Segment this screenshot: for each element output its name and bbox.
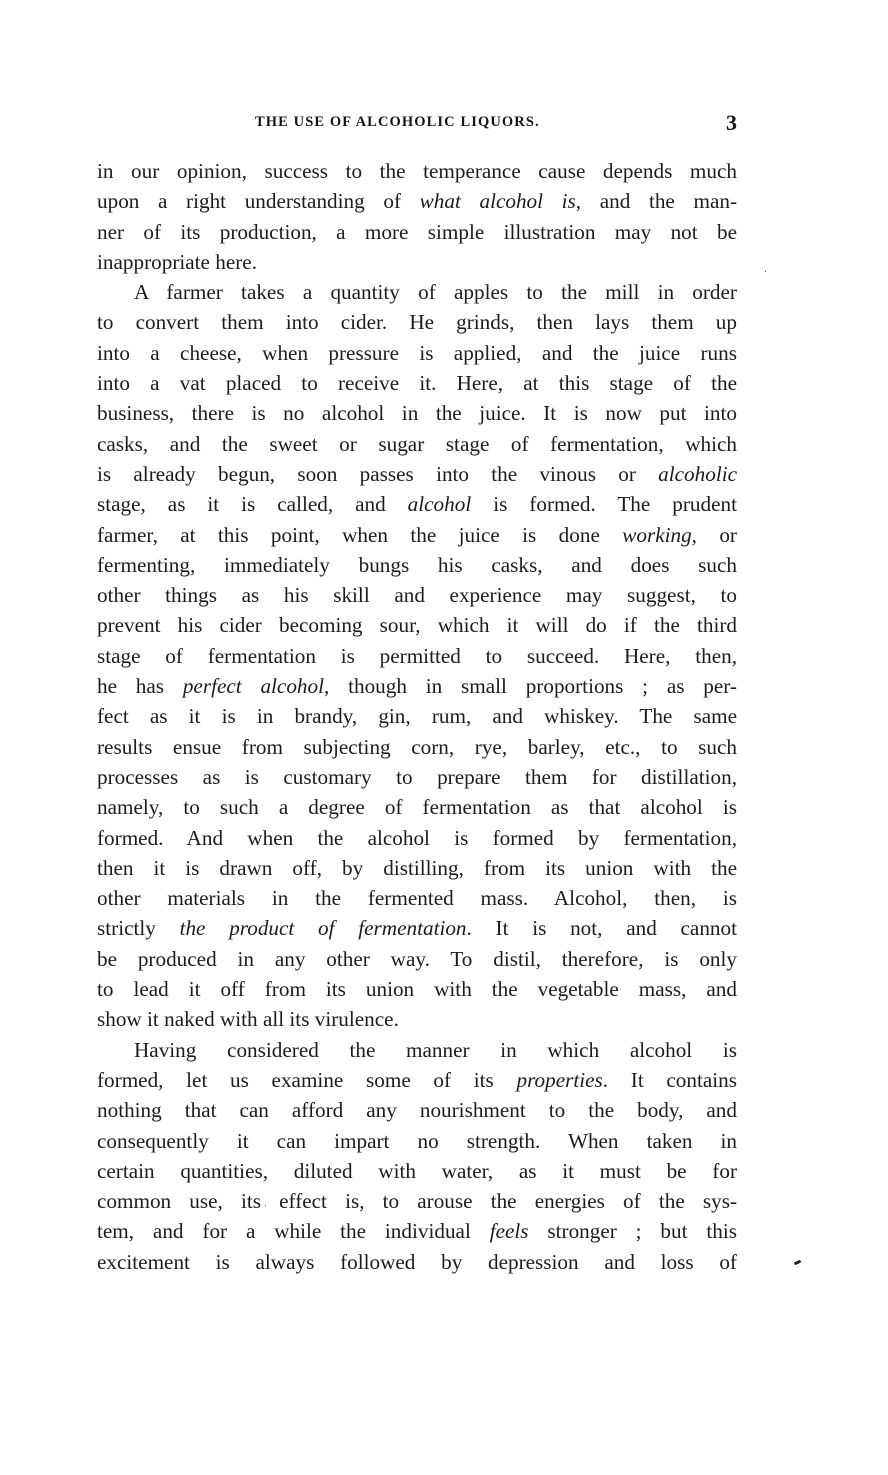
text-segment: stage, as it is called, and bbox=[97, 492, 408, 516]
text-segment: prevent his cider becoming sour, which i… bbox=[97, 613, 737, 637]
text-line: certain quantities, diluted with water, … bbox=[97, 1156, 737, 1186]
text-segment: other things as his skill and experience… bbox=[97, 583, 737, 607]
italic-phrase: feels bbox=[490, 1219, 529, 1243]
text-segment: is already begun, soon passes into the v… bbox=[97, 462, 658, 486]
running-title: THE USE OF ALCOHOLIC LIQUORS. bbox=[255, 114, 540, 131]
body-text: in our opinion, success to the temperanc… bbox=[97, 156, 737, 1277]
paragraph: Having considered the manner in which al… bbox=[97, 1035, 737, 1277]
text-segment: to convert them into cider. He grinds, t… bbox=[97, 310, 737, 334]
book-page: THE USE OF ALCOHOLIC LIQUORS. 3 in our o… bbox=[0, 0, 888, 1475]
text-segment: other materials in the fermented mass. A… bbox=[97, 886, 737, 910]
text-line: business, there is no alcohol in the jui… bbox=[97, 398, 737, 428]
text-segment: is formed. The prudent bbox=[471, 492, 737, 516]
text-segment: stronger ; but this bbox=[529, 1219, 737, 1243]
text-line: farmer, at this point, when the juice is… bbox=[97, 520, 737, 550]
text-line: be produced in any other way. To distil,… bbox=[97, 944, 737, 974]
text-segment: stage of fermentation is permitted to su… bbox=[97, 644, 737, 668]
text-segment: common use, its effect is, to arouse the… bbox=[97, 1189, 737, 1213]
text-segment: excitement is always followed by depress… bbox=[97, 1250, 737, 1274]
paragraph: A farmer takes a quantity of apples to t… bbox=[97, 277, 737, 1034]
text-segment: fermenting, immediately bungs his casks,… bbox=[97, 553, 737, 577]
text-segment: he has bbox=[97, 674, 183, 698]
text-segment: nothing that can afford any nourishment … bbox=[97, 1098, 737, 1122]
text-segment: to lead it off from its union with the v… bbox=[97, 977, 737, 1001]
text-line: common use, its effect is, to arouse the… bbox=[97, 1186, 737, 1216]
text-segment: . It is not, and cannot bbox=[467, 916, 737, 940]
text-line: processes as is customary to prepare the… bbox=[97, 762, 737, 792]
text-line: into a vat placed to receive it. Here, a… bbox=[97, 368, 737, 398]
text-line: formed. And when the alcohol is formed b… bbox=[97, 823, 737, 853]
text-segment: farmer, at this point, when the juice is… bbox=[97, 523, 622, 547]
text-line: casks, and the sweet or sugar stage of f… bbox=[97, 429, 737, 459]
text-segment: fect as it is in brandy, gin, rum, and w… bbox=[97, 704, 737, 728]
text-segment: formed, let us examine some of its bbox=[97, 1068, 516, 1092]
italic-phrase: alcohol bbox=[408, 492, 472, 516]
text-line: show it naked with all its virulence. bbox=[97, 1004, 737, 1034]
text-line: fect as it is in brandy, gin, rum, and w… bbox=[97, 701, 737, 731]
text-segment: results ensue from subjecting corn, rye,… bbox=[97, 735, 737, 759]
text-line: A farmer takes a quantity of apples to t… bbox=[97, 277, 737, 307]
text-segment: tem, and for a while the individual bbox=[97, 1219, 490, 1243]
text-segment: inappropriate here. bbox=[97, 250, 257, 274]
text-segment: certain quantities, diluted with water, … bbox=[97, 1159, 737, 1183]
text-segment: . It contains bbox=[603, 1068, 737, 1092]
margin-tick-mark bbox=[794, 1260, 802, 1266]
text-line: is already begun, soon passes into the v… bbox=[97, 459, 737, 489]
text-segment: show it naked with all its virulence. bbox=[97, 1007, 399, 1031]
text-line: excitement is always followed by depress… bbox=[97, 1247, 737, 1277]
text-line: to convert them into cider. He grinds, t… bbox=[97, 307, 737, 337]
text-line: consequently it can impart no strength. … bbox=[97, 1126, 737, 1156]
italic-phrase: perfect alcohol bbox=[183, 674, 324, 698]
text-line: upon a right understanding of what alcoh… bbox=[97, 186, 737, 216]
italic-phrase: alcoholic bbox=[658, 462, 737, 486]
text-line: namely, to such a degree of fermentation… bbox=[97, 792, 737, 822]
text-line: in our opinion, success to the temperanc… bbox=[97, 156, 737, 186]
text-line: tem, and for a while the individual feel… bbox=[97, 1216, 737, 1246]
text-segment: A farmer takes a quantity of apples to t… bbox=[134, 280, 737, 304]
italic-phrase: what alcohol is bbox=[420, 189, 576, 213]
text-line: he has perfect alcohol, though in small … bbox=[97, 671, 737, 701]
text-line: inappropriate here. bbox=[97, 247, 737, 277]
text-line: strictly the product of fermentation. It… bbox=[97, 913, 737, 943]
text-segment: consequently it can impart no strength. … bbox=[97, 1129, 737, 1153]
text-segment: processes as is customary to prepare the… bbox=[97, 765, 737, 789]
italic-phrase: working bbox=[622, 523, 691, 547]
text-line: other things as his skill and experience… bbox=[97, 580, 737, 610]
paragraph: in our opinion, success to the temperanc… bbox=[97, 156, 737, 277]
ink-speck bbox=[265, 1205, 266, 1206]
italic-phrase: properties bbox=[516, 1068, 602, 1092]
text-line: ner of its production, a more simple ill… bbox=[97, 217, 737, 247]
text-line: fermenting, immediately bungs his casks,… bbox=[97, 550, 737, 580]
text-line: into a cheese, when pressure is applied,… bbox=[97, 338, 737, 368]
text-segment: business, there is no alcohol in the jui… bbox=[97, 401, 737, 425]
text-line: Having considered the manner in which al… bbox=[97, 1035, 737, 1065]
text-segment: namely, to such a degree of fermentation… bbox=[97, 795, 737, 819]
text-line: stage, as it is called, and alcohol is f… bbox=[97, 489, 737, 519]
text-line: then it is drawn off, by distilling, fro… bbox=[97, 853, 737, 883]
text-segment: formed. And when the alcohol is formed b… bbox=[97, 826, 737, 850]
page-number: 3 bbox=[726, 110, 737, 136]
text-line: nothing that can afford any nourishment … bbox=[97, 1095, 737, 1125]
text-line: to lead it off from its union with the v… bbox=[97, 974, 737, 1004]
text-line: results ensue from subjecting corn, rye,… bbox=[97, 732, 737, 762]
text-segment: , and the man- bbox=[576, 189, 737, 213]
text-segment: into a cheese, when pressure is applied,… bbox=[97, 341, 737, 365]
text-segment: strictly bbox=[97, 916, 180, 940]
text-segment: into a vat placed to receive it. Here, a… bbox=[97, 371, 737, 395]
text-segment: , though in small proportions ; as per- bbox=[324, 674, 737, 698]
text-line: prevent his cider becoming sour, which i… bbox=[97, 610, 737, 640]
text-segment: then it is drawn off, by distilling, fro… bbox=[97, 856, 737, 880]
running-head: THE USE OF ALCOHOLIC LIQUORS. 3 bbox=[97, 112, 737, 136]
text-segment: in our opinion, success to the temperanc… bbox=[97, 159, 737, 183]
margin-speck bbox=[765, 271, 766, 272]
text-segment: casks, and the sweet or sugar stage of f… bbox=[97, 432, 737, 456]
text-line: stage of fermentation is permitted to su… bbox=[97, 641, 737, 671]
italic-phrase: the product of fermentation bbox=[180, 916, 467, 940]
text-segment: upon a right understanding of bbox=[97, 189, 420, 213]
text-segment: be produced in any other way. To distil,… bbox=[97, 947, 737, 971]
text-segment: Having considered the manner in which al… bbox=[134, 1038, 737, 1062]
text-line: other materials in the fermented mass. A… bbox=[97, 883, 737, 913]
text-line: formed, let us examine some of its prope… bbox=[97, 1065, 737, 1095]
text-segment: , or bbox=[692, 523, 737, 547]
text-segment: ner of its production, a more simple ill… bbox=[97, 220, 737, 244]
